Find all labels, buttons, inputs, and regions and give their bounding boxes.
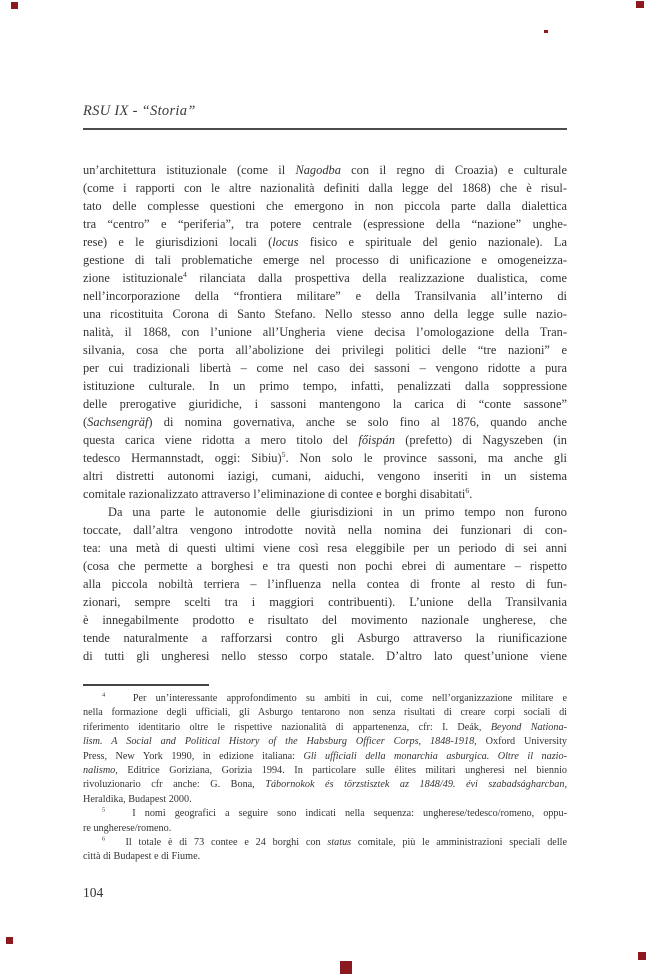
- text-line: rese) e le giurisdizioni locali (locus f…: [83, 233, 567, 251]
- footnote-line: 5 I nomi geografici a seguire sono indic…: [83, 807, 567, 821]
- text-line: Da una parte le autonomie delle giurisdi…: [83, 503, 567, 521]
- text-line: un’architettura istituzionale (come il N…: [83, 161, 567, 179]
- paragraph: Da una parte le autonomie delle giurisdi…: [83, 503, 567, 665]
- footnote-line: nalismo, Editrice Goriziana, Gorizia 199…: [83, 764, 567, 778]
- footnote-line: 4 Per un’interessante approfondimento su…: [83, 692, 567, 706]
- scan-artifact-mark: [638, 952, 646, 960]
- text-line: istituzione culturale. In un primo tempo…: [83, 377, 567, 395]
- text-line: di tutti gli ungheresi nello stesso corp…: [83, 647, 567, 665]
- running-header: RSU IX - “Storia”: [83, 103, 567, 120]
- scan-artifact-mark: [11, 2, 18, 9]
- footnote: 4 Per un’interessante approfondimento su…: [83, 692, 567, 807]
- text-line: (Sachsengräf) di nomina governativa, anc…: [83, 413, 567, 431]
- scan-artifact-mark: [544, 30, 548, 33]
- body-text: un’architettura istituzionale (come il N…: [83, 161, 567, 665]
- footnote-line: lism. A Social and Political History of …: [83, 735, 567, 749]
- text-line: alla piccola nobiltà terriera – l’influe…: [83, 575, 567, 593]
- footnote-line: re ungherese/romeno.: [83, 822, 567, 836]
- footnote-line: nella formazione degli ufficiali, gli As…: [83, 706, 567, 720]
- text-line: tea: una metà di questi ultimi viene cos…: [83, 539, 567, 557]
- footnote-line: Heraldika, Budapest 2000.: [83, 793, 567, 807]
- text-line: tato delle complesse questioni che emerg…: [83, 197, 567, 215]
- text-line: questa carica viene ridotta a mero titol…: [83, 431, 567, 449]
- text-line: gestione di tali problematiche emerge ne…: [83, 251, 567, 269]
- footnote-separator: [83, 684, 209, 686]
- footnotes: 4 Per un’interessante approfondimento su…: [83, 692, 567, 865]
- text-line: una ricostituita Corona di Santo Stefano…: [83, 305, 567, 323]
- text-line: (cosa che permette a borghesi e tra ques…: [83, 557, 567, 575]
- text-line: delle prerogative giuridiche, i sassoni …: [83, 395, 567, 413]
- footnote-line: rivoluzionario cfr anche: G. Bona, Tábor…: [83, 778, 567, 792]
- footnote: 6 Il totale è di 73 contee e 24 borghi c…: [83, 836, 567, 865]
- text-line: per cui tradizionali libertà – come nel …: [83, 359, 567, 377]
- footnote: 5 I nomi geografici a seguire sono indic…: [83, 807, 567, 836]
- scan-artifact-mark: [636, 1, 644, 8]
- header-rule: [83, 128, 567, 130]
- text-line: toccate, dall’altra vengono introdotte n…: [83, 521, 567, 539]
- text-line: (come i rapporti con le altre nazionalit…: [83, 179, 567, 197]
- text-line: zionari, sempre scelti tra i maggiori co…: [83, 593, 567, 611]
- text-line: nell’incorporazione della “frontiera mil…: [83, 287, 567, 305]
- text-line: è innegabilmente prodotto e risultato de…: [83, 611, 567, 629]
- page-number: 104: [83, 885, 103, 901]
- text-line: nalità, il 1868, con l’unione all’Ungher…: [83, 323, 567, 341]
- text-line: zione istituzionale4 rilanciata dalla pr…: [83, 269, 567, 287]
- footnote-line: 6 Il totale è di 73 contee e 24 borghi c…: [83, 836, 567, 850]
- text-line: silvania, cosa che porta all’abolizione …: [83, 341, 567, 359]
- footnote-line: riferimento identitario oltre le rispett…: [83, 721, 567, 735]
- text-line: tende naturalmente a rafforzarsi contro …: [83, 629, 567, 647]
- text-line: altri distretti autonomi iazigi, cumani,…: [83, 467, 567, 485]
- text-line: comitale razionalizzato attraverso l’eli…: [83, 485, 567, 503]
- scan-artifact-mark: [6, 937, 13, 944]
- paragraph: un’architettura istituzionale (come il N…: [83, 161, 567, 503]
- scanned-page: { "page": { "header": "RSU IX - “Storia”…: [0, 0, 650, 974]
- scan-artifact-mark: [340, 961, 352, 974]
- text-line: tra “centro” e “periferia”, tra potere c…: [83, 215, 567, 233]
- text-line: tedesco Hermannstadt, oggi: Sibiu)5. Non…: [83, 449, 567, 467]
- footnote-line: città di Budapest e di Fiume.: [83, 850, 567, 864]
- footnote-line: Press, New York 1990, in edizione italia…: [83, 750, 567, 764]
